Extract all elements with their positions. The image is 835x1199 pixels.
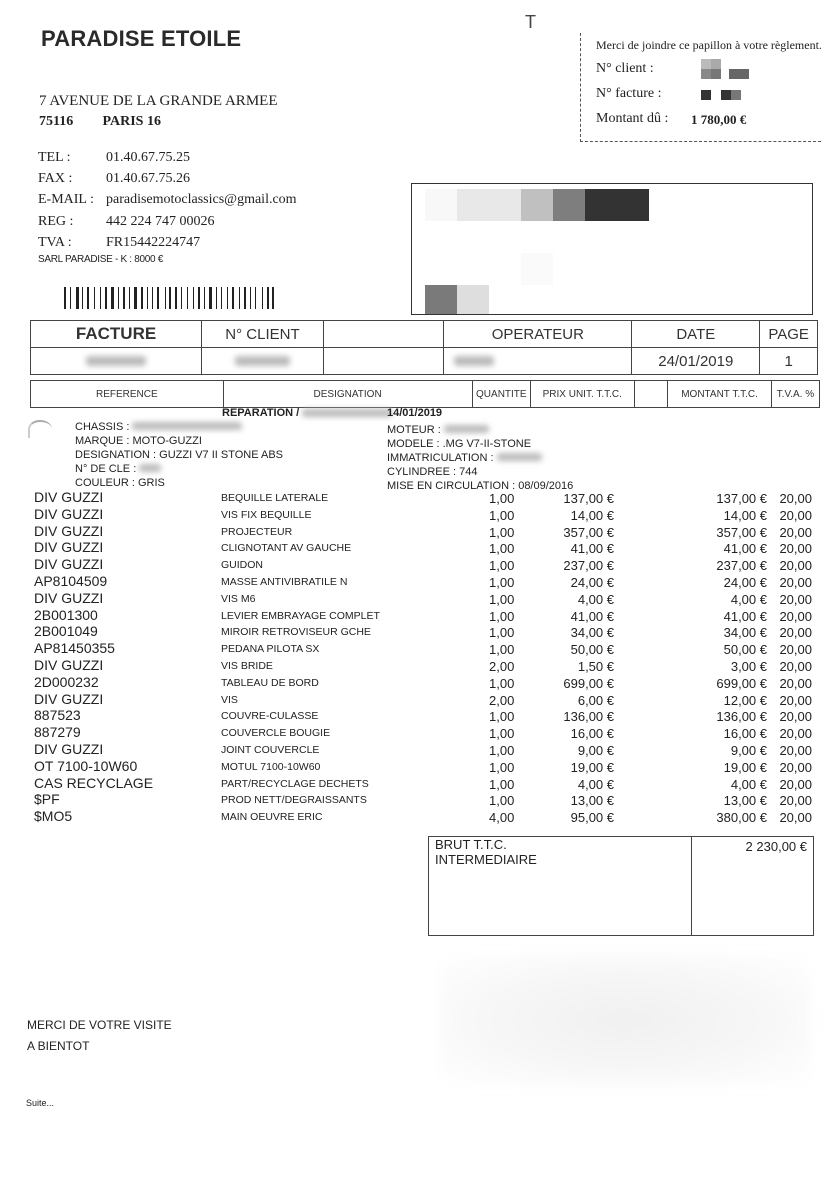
client-label: N° CLIENT: [202, 321, 324, 348]
col-quantity: QUANTITE: [472, 381, 530, 408]
item-quantity: 1,00: [489, 676, 514, 691]
item-unit-price: 41,00 €: [571, 609, 614, 624]
page-number: 1: [760, 348, 818, 375]
col-designation: DESIGNATION: [223, 381, 472, 408]
vehicle-right: MOTEUR : MODELE : .MG V7-II-STONE IMMATR…: [387, 423, 573, 493]
item-reference: OT 7100-10W60: [34, 758, 137, 774]
item-quantity: 1,00: [489, 777, 514, 792]
item-designation: PART/RECYCLAGE DECHETS: [221, 778, 369, 790]
item-reference: DIV GUZZI: [34, 691, 103, 707]
contact-label: TVA :: [38, 232, 106, 253]
table-row: 887523COUVRE-CULASSE1,00136,00 €136,00 €…: [34, 708, 824, 725]
item-quantity: 2,00: [489, 659, 514, 674]
item-vat: 20,00: [779, 709, 812, 724]
item-vat: 20,00: [779, 609, 812, 624]
item-reference: $MO5: [34, 808, 72, 824]
item-reference: DIV GUZZI: [34, 523, 103, 539]
contact-label: TEL :: [38, 147, 106, 168]
item-quantity: 1,00: [489, 541, 514, 556]
redacted-area: [440, 955, 810, 1085]
item-unit-price: 16,00 €: [571, 726, 614, 741]
vehicle-left: CHASSIS : MARQUE : MOTO-GUZZI DESIGNATIO…: [75, 420, 283, 490]
table-row: DIV GUZZIJOINT COUVERCLE1,009,00 €9,00 €…: [34, 742, 824, 759]
table-row: OT 7100-10W60MOTUL 7100-10W601,0019,00 €…: [34, 759, 824, 776]
item-quantity: 1,00: [489, 508, 514, 523]
table-row: DIV GUZZIVIS M61,004,00 €4,00 €20,00: [34, 591, 824, 608]
contact-value: 01.40.67.75.26: [106, 168, 190, 189]
item-reference: 2B001049: [34, 623, 98, 639]
item-vat: 20,00: [779, 575, 812, 590]
postcode: 75116: [39, 114, 99, 130]
company-address: 7 AVENUE DE LA GRANDE ARMEE: [39, 93, 277, 110]
item-unit-price: 1,50 €: [578, 659, 614, 674]
item-unit-price: 41,00 €: [571, 541, 614, 556]
item-quantity: 1,00: [489, 491, 514, 506]
item-reference: CAS RECYCLAGE: [34, 775, 153, 791]
item-amount: 14,00 €: [724, 508, 767, 523]
item-vat: 20,00: [779, 491, 812, 506]
item-unit-price: 13,00 €: [571, 793, 614, 808]
item-vat: 20,00: [779, 659, 812, 674]
item-reference: DIV GUZZI: [34, 556, 103, 572]
item-designation: VIS BRIDE: [221, 660, 273, 672]
engine-label: MOTEUR :: [387, 424, 441, 436]
city: PARIS 16: [103, 114, 161, 130]
item-designation: BEQUILLE LATERALE: [221, 492, 328, 504]
item-designation: VIS M6: [221, 593, 255, 605]
item-unit-price: 50,00 €: [571, 642, 614, 657]
item-amount: 136,00 €: [716, 709, 767, 724]
contact-value: FR15442224747: [106, 232, 200, 253]
barcode: [64, 287, 313, 309]
table-row: CAS RECYCLAGEPART/RECYCLAGE DECHETS1,004…: [34, 776, 824, 793]
item-unit-price: 237,00 €: [563, 558, 614, 573]
client-number-redacted: [202, 348, 324, 375]
item-unit-price: 4,00 €: [578, 592, 614, 607]
contact-label: FAX :: [38, 168, 106, 189]
item-reference: 2D000232: [34, 674, 99, 690]
item-reference: DIV GUZZI: [34, 590, 103, 606]
item-vat: 20,00: [779, 760, 812, 775]
company-city-line: 75116 PARIS 16: [39, 114, 161, 130]
item-designation: COUVRE-CULASSE: [221, 710, 318, 722]
item-reference: DIV GUZZI: [34, 657, 103, 673]
item-designation: VIS FIX BEQUILLE: [221, 509, 311, 521]
item-quantity: 1,00: [489, 726, 514, 741]
item-amount: 12,00 €: [724, 693, 767, 708]
table-row: 2B001300LEVIER EMBRAYAGE COMPLET1,0041,0…: [34, 608, 824, 625]
item-vat: 20,00: [779, 642, 812, 657]
vehicle-displacement: CYLINDREE : 744: [387, 465, 573, 479]
item-designation: PROJECTEUR: [221, 526, 292, 538]
table-row: AP8104509MASSE ANTIVIBRATILE N1,0024,00 …: [34, 574, 824, 591]
vehicle-color: COULEUR : GRIS: [75, 476, 283, 490]
vehicle-model: MODELE : .MG V7-II-STONE: [387, 437, 573, 451]
payment-stub: Merci de joindre ce papillon à votre règ…: [580, 33, 821, 142]
contact-row: TVA :FR15442224747: [38, 232, 297, 253]
item-amount: 50,00 €: [724, 642, 767, 657]
item-quantity: 4,00: [489, 810, 514, 825]
repair-date: 14/01/2019: [387, 406, 442, 420]
item-designation: MIROIR RETROVISEUR GCHE: [221, 626, 371, 638]
contact-row: REG :442 224 747 00026: [38, 211, 297, 232]
item-quantity: 1,00: [489, 642, 514, 657]
item-vat: 20,00: [779, 693, 812, 708]
item-reference: 887279: [34, 724, 81, 740]
item-amount: 41,00 €: [724, 541, 767, 556]
stub-amount-label: Montant dû :: [596, 111, 668, 127]
item-unit-price: 699,00 €: [563, 676, 614, 691]
stub-intro: Merci de joindre ce papillon à votre règ…: [596, 38, 822, 53]
item-designation: LEVIER EMBRAYAGE COMPLET: [221, 610, 380, 622]
table-row: DIV GUZZIPROJECTEUR1,00357,00 €357,00 €2…: [34, 524, 824, 541]
item-vat: 20,00: [779, 525, 812, 540]
col-amount: MONTANT T.T.C.: [668, 381, 771, 408]
item-quantity: 1,00: [489, 743, 514, 758]
item-designation: MASSE ANTIVIBRATILE N: [221, 576, 347, 588]
company-contacts: TEL :01.40.67.75.25FAX :01.40.67.75.26E-…: [38, 147, 297, 253]
item-amount: 137,00 €: [716, 491, 767, 506]
item-vat: 20,00: [779, 676, 812, 691]
item-vat: 20,00: [779, 777, 812, 792]
table-row: DIV GUZZIVIS FIX BEQUILLE1,0014,00 €14,0…: [34, 507, 824, 524]
item-designation: TABLEAU DE BORD: [221, 677, 319, 689]
stub-invoice-label: N° facture :: [596, 86, 661, 102]
item-amount: 380,00 €: [716, 810, 767, 825]
vehicle-brand: MARQUE : MOTO-GUZZI: [75, 434, 283, 448]
date-label: DATE: [632, 321, 760, 348]
contact-row: FAX :01.40.67.75.26: [38, 168, 297, 189]
customer-address-box: [411, 183, 813, 315]
contact-row: E-MAIL :paradisemotoclassics@gmail.com: [38, 189, 297, 210]
item-amount: 41,00 €: [724, 609, 767, 624]
stub-client-label: N° client :: [596, 61, 654, 77]
item-amount: 24,00 €: [724, 575, 767, 590]
item-unit-price: 6,00 €: [578, 693, 614, 708]
item-unit-price: 95,00 €: [571, 810, 614, 825]
footer-thanks: MERCI DE VOTRE VISITE A BIENTOT: [27, 1015, 172, 1057]
item-quantity: 1,00: [489, 625, 514, 640]
item-reference: AP8104509: [34, 573, 107, 589]
intermediate-label: INTERMEDIAIRE: [429, 852, 691, 867]
item-amount: 237,00 €: [716, 558, 767, 573]
item-unit-price: 136,00 €: [563, 709, 614, 724]
item-vat: 20,00: [779, 743, 812, 758]
repair-label: REPARATION /: [222, 407, 299, 419]
registration-label: IMMATRICULATION :: [387, 452, 494, 464]
invoice-number-redacted: [31, 348, 202, 375]
item-unit-price: 137,00 €: [563, 491, 614, 506]
col-vat: T.V.A. %: [771, 381, 819, 408]
item-amount: 3,00 €: [731, 659, 767, 674]
table-row: DIV GUZZIBEQUILLE LATERALE1,00137,00 €13…: [34, 490, 824, 507]
contact-value: paradisemotoclassics@gmail.com: [106, 189, 297, 210]
item-reference: DIV GUZZI: [34, 489, 103, 505]
vehicle-designation: DESIGNATION : GUZZI V7 II STONE ABS: [75, 448, 283, 462]
item-quantity: 1,00: [489, 558, 514, 573]
company-name: PARADISE ETOILE: [41, 26, 241, 52]
item-unit-price: 19,00 €: [571, 760, 614, 775]
col-reference: REFERENCE: [31, 381, 224, 408]
item-amount: 19,00 €: [724, 760, 767, 775]
item-amount: 34,00 €: [724, 625, 767, 640]
item-designation: PEDANA PILOTA SX: [221, 643, 319, 655]
item-designation: COUVERCLE BOUGIE: [221, 727, 330, 739]
item-quantity: 1,00: [489, 525, 514, 540]
item-vat: 20,00: [779, 541, 812, 556]
item-vat: 20,00: [779, 558, 812, 573]
item-vat: 20,00: [779, 508, 812, 523]
gross-total-value: 2 230,00 €: [746, 839, 807, 854]
item-quantity: 1,00: [489, 575, 514, 590]
item-designation: CLIGNOTANT AV GAUCHE: [221, 542, 351, 554]
item-designation: MAIN OEUVRE ERIC: [221, 811, 323, 823]
totals-box: BRUT T.T.C. INTERMEDIAIRE 2 230,00 €: [428, 836, 814, 936]
item-designation: GUIDON: [221, 559, 263, 571]
item-vat: 20,00: [779, 793, 812, 808]
stub-amount-value: 1 780,00 €: [691, 112, 746, 128]
contact-row: TEL :01.40.67.75.25: [38, 147, 297, 168]
item-amount: 357,00 €: [716, 525, 767, 540]
item-unit-price: 9,00 €: [578, 743, 614, 758]
item-reference: $PF: [34, 791, 60, 807]
key-label: N° DE CLE :: [75, 463, 136, 475]
item-amount: 4,00 €: [731, 777, 767, 792]
item-reference: DIV GUZZI: [34, 506, 103, 522]
item-amount: 4,00 €: [731, 592, 767, 607]
page-label: PAGE: [760, 321, 818, 348]
item-designation: MOTUL 7100-10W60: [221, 761, 320, 773]
item-amount: 16,00 €: [724, 726, 767, 741]
col-unit-price: PRIX UNIT. T.T.C.: [531, 381, 634, 408]
item-quantity: 1,00: [489, 709, 514, 724]
contact-label: REG :: [38, 211, 106, 232]
goodbye-line: A BIENTOT: [27, 1036, 172, 1057]
operator-redacted: [444, 348, 632, 375]
item-reference: DIV GUZZI: [34, 741, 103, 757]
table-row: $MO5MAIN OEUVRE ERIC4,0095,00 €380,00 €2…: [34, 809, 824, 826]
item-unit-price: 357,00 €: [563, 525, 614, 540]
handwritten-mark: T: [525, 12, 536, 33]
thanks-line: MERCI DE VOTRE VISITE: [27, 1015, 172, 1036]
table-row: 887279COUVERCLE BOUGIE1,0016,00 €16,00 €…: [34, 725, 824, 742]
item-quantity: 1,00: [489, 793, 514, 808]
table-row: DIV GUZZIGUIDON1,00237,00 €237,00 €20,00: [34, 557, 824, 574]
item-vat: 20,00: [779, 810, 812, 825]
item-amount: 9,00 €: [731, 743, 767, 758]
invoice-date: 24/01/2019: [632, 348, 760, 375]
table-row: $PFPROD NETT/DEGRAISSANTS1,0013,00 €13,0…: [34, 792, 824, 809]
item-quantity: 1,00: [489, 592, 514, 607]
item-vat: 20,00: [779, 625, 812, 640]
item-amount: 699,00 €: [716, 676, 767, 691]
item-designation: VIS: [221, 694, 238, 706]
table-row: DIV GUZZICLIGNOTANT AV GAUCHE1,0041,00 €…: [34, 540, 824, 557]
table-row: AP81450355PEDANA PILOTA SX1,0050,00 €50,…: [34, 641, 824, 658]
operator-label: OPERATEUR: [444, 321, 632, 348]
contact-label: E-MAIL :: [38, 189, 106, 210]
item-amount: 13,00 €: [724, 793, 767, 808]
item-designation: JOINT COUVERCLE: [221, 744, 319, 756]
invoice-header-table: FACTURE N° CLIENT OPERATEUR DATE PAGE 24…: [30, 320, 818, 375]
item-vat: 20,00: [779, 592, 812, 607]
item-reference: 2B001300: [34, 607, 98, 623]
item-quantity: 2,00: [489, 693, 514, 708]
repair-line: REPARATION /: [222, 406, 392, 420]
item-reference: 887523: [34, 707, 81, 723]
item-designation: PROD NETT/DEGRAISSANTS: [221, 794, 367, 806]
item-unit-price: 24,00 €: [571, 575, 614, 590]
table-row: DIV GUZZIVIS2,006,00 €12,00 €20,00: [34, 692, 824, 709]
item-unit-price: 14,00 €: [571, 508, 614, 523]
table-row: 2D000232TABLEAU DE BORD1,00699,00 €699,0…: [34, 675, 824, 692]
table-row: 2B001049MIROIR RETROVISEUR GCHE1,0034,00…: [34, 624, 824, 641]
paper-smudge: [28, 420, 52, 438]
item-unit-price: 34,00 €: [571, 625, 614, 640]
item-quantity: 1,00: [489, 609, 514, 624]
facture-label: FACTURE: [31, 321, 202, 348]
item-reference: DIV GUZZI: [34, 539, 103, 555]
item-unit-price: 4,00 €: [578, 777, 614, 792]
gross-total-label: BRUT T.T.C.: [429, 837, 691, 852]
items-column-header: REFERENCE DESIGNATION QUANTITE PRIX UNIT…: [30, 380, 820, 408]
table-row: DIV GUZZIVIS BRIDE2,001,50 €3,00 €20,00: [34, 658, 824, 675]
item-quantity: 1,00: [489, 760, 514, 775]
item-reference: AP81450355: [34, 640, 115, 656]
chassis-label: CHASSIS :: [75, 421, 129, 433]
contact-value: 01.40.67.75.25: [106, 147, 190, 168]
legal-info: SARL PARADISE - K : 8000 €: [38, 254, 163, 265]
contact-value: 442 224 747 00026: [106, 211, 215, 232]
continued-note: Suite...: [26, 1098, 54, 1108]
item-vat: 20,00: [779, 726, 812, 741]
